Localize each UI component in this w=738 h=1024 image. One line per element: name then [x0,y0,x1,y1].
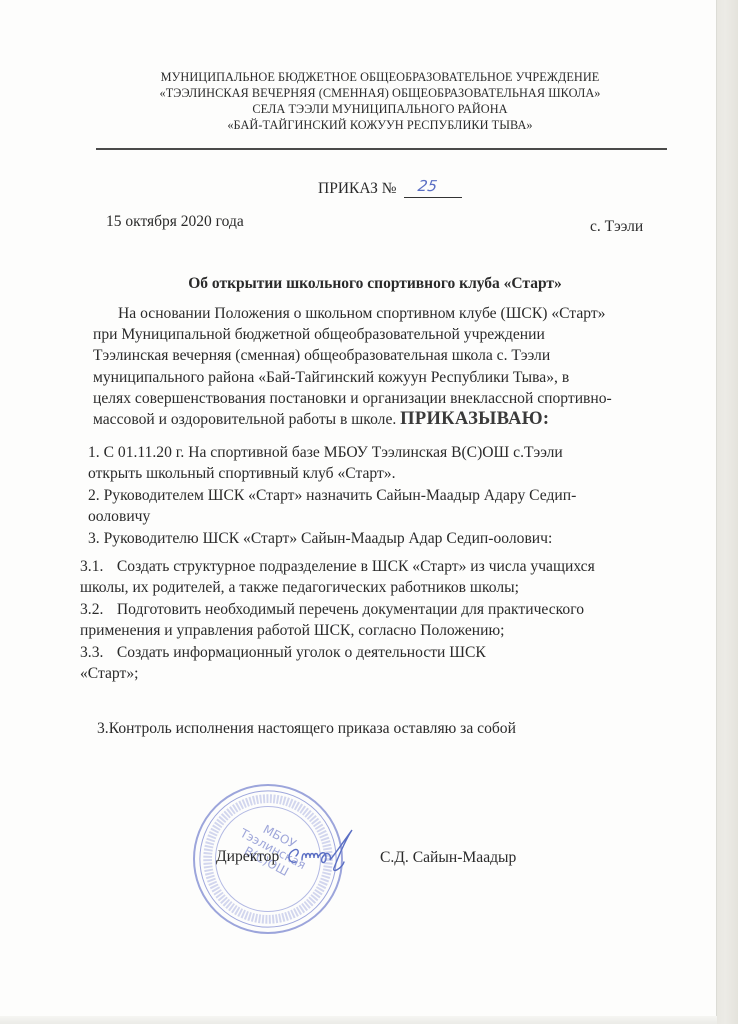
order-number-field: 25 [404,180,462,198]
order-subject: Об открытии школьного спортивного клуба … [0,275,738,293]
order-item-2: 2. Руководителем ШСК «Старт» назначить С… [88,485,698,528]
sub-item-text-cont: применения и управления работой ШСК, сог… [80,620,700,641]
sub-item-number: 3.2. [80,599,113,620]
sub-item-text: Создать структурное подразделение в ШСК … [117,558,595,575]
order-items: 1. С 01.11.20 г. На спортивной базе МБОУ… [88,442,698,549]
order-sub-items: 3.1. Создать структурное подразделение в… [80,556,700,684]
sub-item-text-cont: «Старт»; [80,663,700,684]
order-item-3: 3. Руководителю ШСК «Старт» Сайын-Маадыр… [88,528,698,549]
preamble-line-text: массовой и оздоровительной работы в школ… [93,411,400,428]
signatory-position: Директор [216,848,279,866]
scan-edge-right [716,0,738,1024]
order-title-label: ПРИКАЗ № [318,180,397,197]
preamble-line: Тээлинская вечерняя (сменная) общеобразо… [93,345,693,366]
header-line: «ТЭЭЛИНСКАЯ ВЕЧЕРНЯЯ (СМЕННАЯ) ОБЩЕОБРАЗ… [100,85,660,101]
item-line: ооловичу [88,506,698,527]
sub-item-text: Создать информационный уголок о деятельн… [117,644,486,661]
sub-item-number: 3.3. [80,642,113,663]
preamble-line: при Муниципальной бюджетной общеобразова… [93,324,693,345]
item-line: 3. Руководителю ШСК «Старт» Сайын-Маадыр… [88,528,698,549]
preamble-line-last: массовой и оздоровительной работы в школ… [93,409,693,430]
sub-item-text-cont: школы, их родителей, а также педагогичес… [80,577,700,598]
item-line: открыть школьный спортивный клуб «Старт»… [88,463,698,484]
preamble-line: На основании Положения о школьном спорти… [93,303,693,324]
directive-word: ПРИКАЗЫВАЮ: [400,409,549,429]
order-place: с. Тээли [590,218,643,236]
sub-item-3-1: 3.1. Создать структурное подразделение в… [80,556,700,599]
item-line: 1. С 01.11.20 г. На спортивной базе МБОУ… [88,442,698,463]
order-title: ПРИКАЗ № 25 [318,180,462,198]
header-line: СЕЛА ТЭЭЛИ МУНИЦИПАЛЬНОГО РАЙОНА [100,101,660,117]
sub-item-text: Подготовить необходимый перечень докумен… [117,601,584,618]
sub-item-number: 3.1. [80,556,113,577]
handwritten-signature-icon [282,828,362,878]
item-line: 2. Руководителем ШСК «Старт» назначить С… [88,485,698,506]
preamble-line: целях совершенствования постановки и орг… [93,388,693,409]
document-page: МУНИЦИПАЛЬНОЕ БЮДЖЕТНОЕ ОБЩЕОБРАЗОВАТЕЛЬ… [0,0,738,1024]
signatory-name: С.Д. Сайын-Маадыр [380,849,516,867]
sub-item-3-3: 3.3. Создать информационный уголок о дея… [80,642,700,685]
institution-header: МУНИЦИПАЛЬНОЕ БЮДЖЕТНОЕ ОБЩЕОБРАЗОВАТЕЛЬ… [100,69,660,133]
order-date: 15 октября 2020 года [106,213,244,231]
preamble: На основании Положения о школьном спорти… [93,303,693,430]
control-clause: 3.Контроль исполнения настоящего приказа… [97,720,516,738]
sub-item-3-2: 3.2. Подготовить необходимый перечень до… [80,599,700,642]
header-divider [96,148,667,150]
order-item-1: 1. С 01.11.20 г. На спортивной базе МБОУ… [88,442,698,485]
header-line: «БАЙ-ТАЙГИНСКИЙ КОЖУУН РЕСПУБЛИКИ ТЫВА» [100,117,660,133]
header-line: МУНИЦИПАЛЬНОЕ БЮДЖЕТНОЕ ОБЩЕОБРАЗОВАТЕЛЬ… [100,69,660,85]
order-number-handwritten: 25 [417,177,439,195]
preamble-line: муниципального района «Бай-Тайгинский ко… [93,367,693,388]
scan-edge-bottom [0,1016,717,1024]
